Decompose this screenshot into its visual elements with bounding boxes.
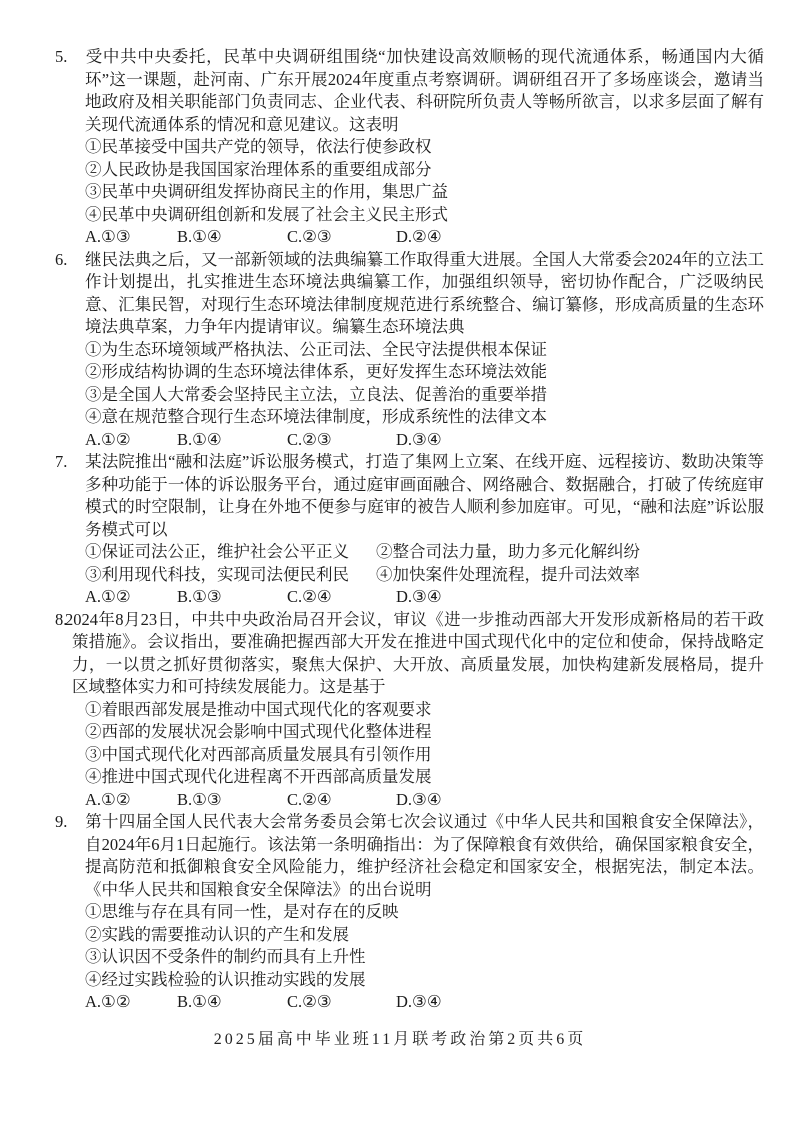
- option-item: ③是全国人大常委会坚持民主立法，立良法、促善治的重要举措: [85, 384, 764, 407]
- question-8: 8.2024年8月23日，中共中央政治局召开会议，审议《进一步推动西部大开发形成…: [48, 609, 764, 812]
- answer-choice-c: C.②③: [287, 429, 396, 452]
- option-item: ④民革中央调研组创新和发展了社会主义民主形式: [85, 204, 764, 227]
- exam-page-content: 5.受中共中央委托，民革中央调研组围绕“加快建设高效顺畅的现代流通体系，畅通国内…: [0, 0, 800, 1014]
- answer-choice-b: B.①④: [177, 429, 287, 452]
- answer-choice-a: A.①③: [85, 226, 177, 249]
- answer-choice-b: B.①③: [177, 586, 287, 609]
- question-number: 9.: [48, 811, 85, 834]
- answer-choice-a: A.①②: [85, 789, 177, 812]
- option-item: ③利用现代科技，实现司法便民利民: [85, 564, 376, 587]
- answer-choice-d: D.②④: [396, 226, 442, 249]
- option-item: ②整合司法力量，助力多元化解纠纷: [376, 541, 764, 564]
- question-stem: 8.2024年8月23日，中共中央政治局召开会议，审议《进一步推动西部大开发形成…: [48, 609, 764, 699]
- answer-choice-d: D.③④: [396, 789, 442, 812]
- answer-choice-d: D.③④: [396, 991, 442, 1014]
- question-stem-text: 受中共中央委托，民革中央调研组围绕“加快建设高效顺畅的现代流通体系，畅通国内大循…: [85, 47, 764, 134]
- question-number: 5.: [48, 46, 85, 69]
- question-number: 8.: [48, 609, 65, 632]
- option-list: ①思维与存在具有同一性，是对存在的反映 ②实践的需要推动认识的产生和发展 ③认识…: [48, 901, 764, 991]
- option-item: ①为生态环境领域严格执法、公正司法、全民守法提供根本保证: [85, 339, 764, 362]
- option-item: ②西部的发展状况会影响中国式现代化整体进程: [85, 721, 764, 744]
- answer-choice-b: B.①④: [177, 226, 287, 249]
- answer-choice-b: B.①③: [177, 789, 287, 812]
- option-item: ④意在规范整合现行生态环境法律制度，形成系统性的法律文本: [85, 406, 764, 429]
- option-list: ①保证司法公正，维护社会公平正义 ②整合司法力量，助力多元化解纠纷 ③利用现代科…: [48, 541, 764, 586]
- answer-choice-d: D.③④: [396, 429, 442, 452]
- question-stem-text: 继民法典之后，又一部新领域的法典编纂工作取得重大进展。全国人大常委会2024年的…: [85, 250, 764, 337]
- option-item: ④经过实践检验的认识推动实践的发展: [85, 969, 764, 992]
- answer-choice-c: C.②③: [287, 226, 396, 249]
- answer-choice-a: A.①②: [85, 429, 177, 452]
- answer-choice-c: C.②④: [287, 586, 396, 609]
- answer-choice-a: A.①②: [85, 586, 177, 609]
- option-list: ①着眼西部发展是推动中国式现代化的客观要求 ②西部的发展状况会影响中国式现代化整…: [48, 699, 764, 789]
- option-list: ①为生态环境领域严格执法、公正司法、全民守法提供根本保证 ②形成结构协调的生态环…: [48, 339, 764, 429]
- page-footer: 2025届高中毕业班11月联考政治第2页共6页: [0, 1026, 800, 1049]
- answer-choice-c: C.②③: [287, 991, 396, 1014]
- answer-choices: A.①③B.①④C.②③D.②④: [48, 226, 764, 249]
- question-stem: 9.第十四届全国人民代表大会常务委员会第七次会议通过《中华人民共和国粮食安全保障…: [48, 811, 764, 901]
- option-item: ①着眼西部发展是推动中国式现代化的客观要求: [85, 699, 764, 722]
- question-stem: 5.受中共中央委托，民革中央调研组围绕“加快建设高效顺畅的现代流通体系，畅通国内…: [48, 46, 764, 136]
- answer-choices: A.①②B.①④C.②③D.③④: [48, 991, 764, 1014]
- answer-choice-d: D.③④: [396, 586, 442, 609]
- question-5: 5.受中共中央委托，民革中央调研组围绕“加快建设高效顺畅的现代流通体系，畅通国内…: [48, 46, 764, 249]
- option-item: ①民革接受中国共产党的领导，依法行使参政权: [85, 136, 764, 159]
- question-stem-text: 2024年8月23日，中共中央政治局召开会议，审议《进一步推动西部大开发形成新格…: [65, 610, 764, 697]
- answer-choice-b: B.①④: [177, 991, 287, 1014]
- question-stem: 6.继民法典之后，又一部新领域的法典编纂工作取得重大进展。全国人大常委会2024…: [48, 249, 764, 339]
- question-stem: 7.某法院推出“融和法庭”诉讼服务模式，打造了集网上立案、在线开庭、远程接访、数…: [48, 451, 764, 541]
- option-item: ③中国式现代化对西部高质量发展具有引领作用: [85, 744, 764, 767]
- option-item: ④加快案件处理流程，提升司法效率: [376, 564, 764, 587]
- option-item: ④推进中国式现代化进程离不开西部高质量发展: [85, 766, 764, 789]
- option-item: ①思维与存在具有同一性，是对存在的反映: [85, 901, 764, 924]
- question-number: 7.: [48, 451, 85, 474]
- question-stem-text: 第十四届全国人民代表大会常务委员会第七次会议通过《中华人民共和国粮食安全保障法》…: [85, 812, 764, 899]
- answer-choice-c: C.②④: [287, 789, 396, 812]
- answer-choice-a: A.①②: [85, 991, 177, 1014]
- option-item: ②实践的需要推动认识的产生和发展: [85, 924, 764, 947]
- answer-choices: A.①②B.①③C.②④D.③④: [48, 586, 764, 609]
- question-7: 7.某法院推出“融和法庭”诉讼服务模式，打造了集网上立案、在线开庭、远程接访、数…: [48, 451, 764, 609]
- answer-choices: A.①②B.①③C.②④D.③④: [48, 789, 764, 812]
- question-9: 9.第十四届全国人民代表大会常务委员会第七次会议通过《中华人民共和国粮食安全保障…: [48, 811, 764, 1014]
- question-6: 6.继民法典之后，又一部新领域的法典编纂工作取得重大进展。全国人大常委会2024…: [48, 249, 764, 452]
- option-item: ③认识因不受条件的制约而具有上升性: [85, 946, 764, 969]
- answer-choices: A.①②B.①④C.②③D.③④: [48, 429, 764, 452]
- option-item: ①保证司法公正，维护社会公平正义: [85, 541, 376, 564]
- option-item: ②形成结构协调的生态环境法律体系，更好发挥生态环境法效能: [85, 361, 764, 384]
- option-list: ①民革接受中国共产党的领导，依法行使参政权 ②人民政协是我国国家治理体系的重要组…: [48, 136, 764, 226]
- option-item: ③民革中央调研组发挥协商民主的作用，集思广益: [85, 181, 764, 204]
- question-stem-text: 某法院推出“融和法庭”诉讼服务模式，打造了集网上立案、在线开庭、远程接访、数助决…: [85, 452, 764, 539]
- option-item: ②人民政协是我国国家治理体系的重要组成部分: [85, 159, 764, 182]
- question-number: 6.: [48, 249, 85, 272]
